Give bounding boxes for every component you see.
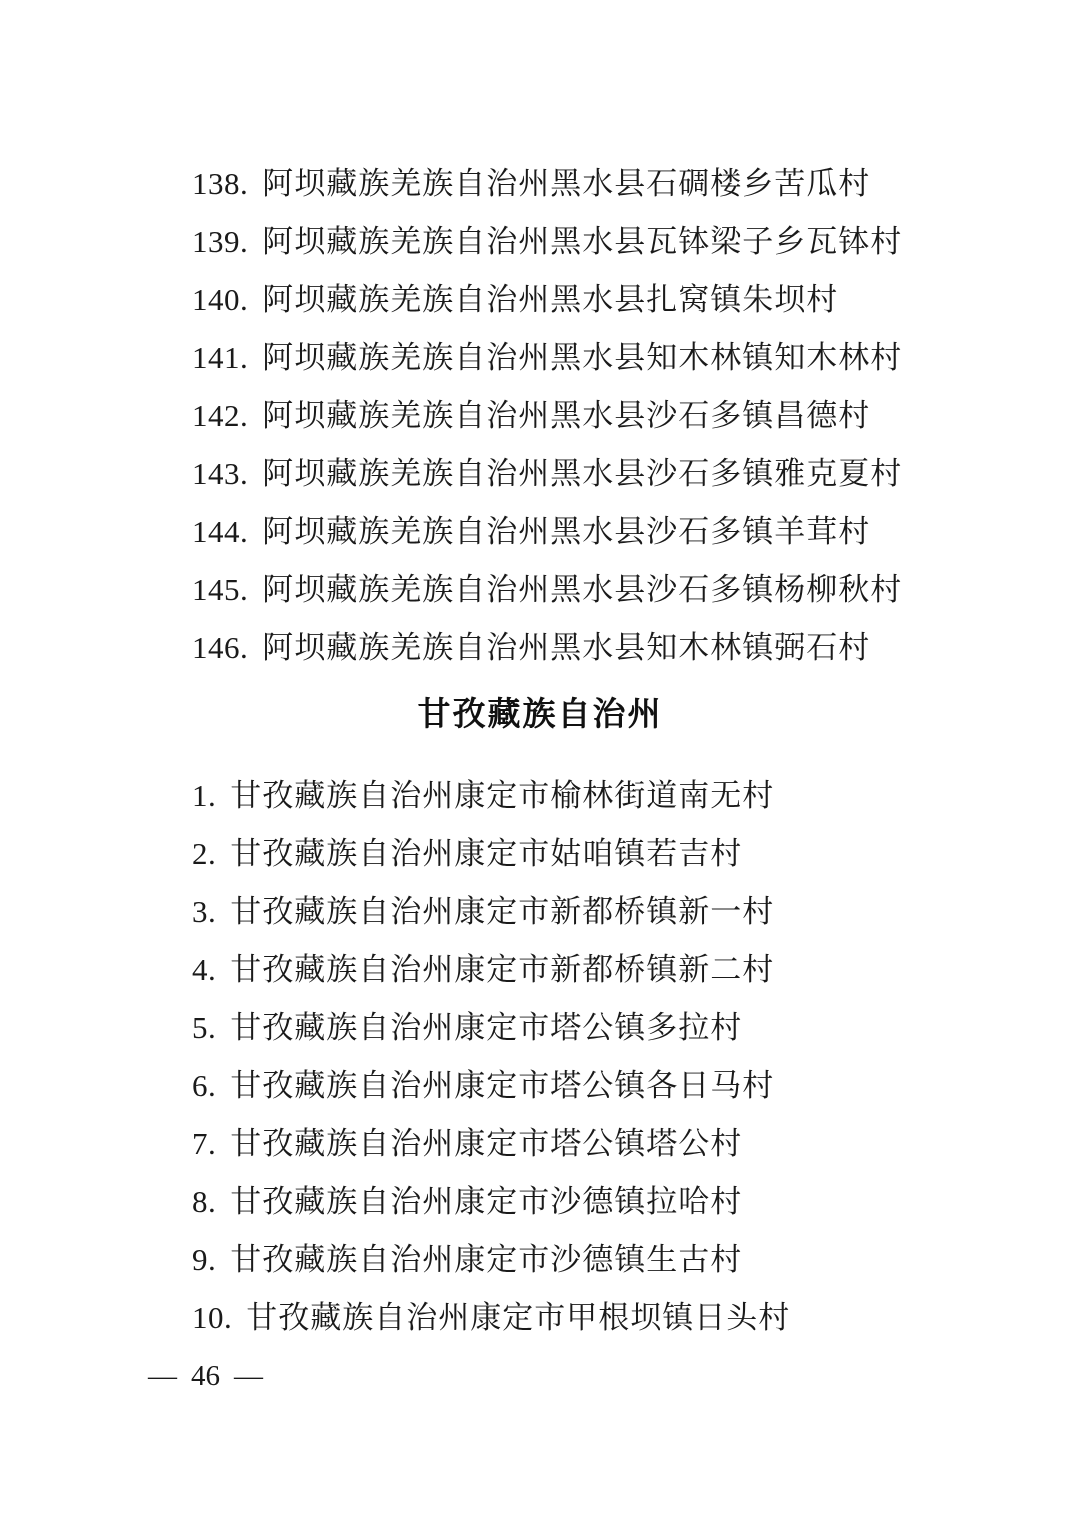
item-number: 7. (192, 1128, 216, 1160)
list-item: 7. 甘孜藏族自治州康定市塔公镇塔公村 (192, 1128, 960, 1160)
section-title-ganzi: 甘孜藏族自治州 (0, 694, 1080, 734)
list-item: 6. 甘孜藏族自治州康定市塔公镇各日马村 (192, 1070, 960, 1102)
item-number: 10. (192, 1302, 232, 1334)
list-item: 138. 阿坝藏族羌族自治州黑水县石碉楼乡苦瓜村 (192, 168, 960, 200)
item-text: 阿坝藏族羌族自治州黑水县知木林镇弼石村 (262, 632, 870, 664)
item-number: 143. (192, 458, 248, 490)
footer-left-dash: — (148, 1360, 177, 1392)
document-content: 138. 阿坝藏族羌族自治州黑水县石碉楼乡苦瓜村 139. 阿坝藏族羌族自治州黑… (0, 0, 1080, 1334)
village-list-aba: 138. 阿坝藏族羌族自治州黑水县石碉楼乡苦瓜村 139. 阿坝藏族羌族自治州黑… (0, 168, 1080, 664)
list-item: 9. 甘孜藏族自治州康定市沙德镇生古村 (192, 1244, 960, 1276)
list-item: 141. 阿坝藏族羌族自治州黑水县知木林镇知木林村 (192, 342, 960, 374)
village-list-ganzi: 1. 甘孜藏族自治州康定市榆林街道南无村 2. 甘孜藏族自治州康定市姑咱镇若吉村… (0, 780, 1080, 1334)
item-number: 146. (192, 632, 248, 664)
item-text: 阿坝藏族羌族自治州黑水县沙石多镇羊茸村 (262, 516, 870, 548)
list-item: 144. 阿坝藏族羌族自治州黑水县沙石多镇羊茸村 (192, 516, 960, 548)
item-text: 甘孜藏族自治州康定市沙德镇生古村 (230, 1244, 742, 1276)
item-text: 甘孜藏族自治州康定市新都桥镇新一村 (230, 896, 774, 928)
list-item: 8. 甘孜藏族自治州康定市沙德镇拉哈村 (192, 1186, 960, 1218)
item-text: 阿坝藏族羌族自治州黑水县沙石多镇昌德村 (262, 400, 870, 432)
item-number: 5. (192, 1012, 216, 1044)
item-text: 甘孜藏族自治州康定市新都桥镇新二村 (230, 954, 774, 986)
item-text: 阿坝藏族羌族自治州黑水县扎窝镇朱坝村 (262, 284, 838, 316)
item-number: 8. (192, 1186, 216, 1218)
page-footer: —46— (148, 1360, 263, 1392)
list-item: 4. 甘孜藏族自治州康定市新都桥镇新二村 (192, 954, 960, 986)
item-text: 甘孜藏族自治州康定市甲根坝镇日头村 (246, 1302, 790, 1334)
item-number: 3. (192, 896, 216, 928)
item-number: 144. (192, 516, 248, 548)
item-number: 6. (192, 1070, 216, 1102)
list-item: 142. 阿坝藏族羌族自治州黑水县沙石多镇昌德村 (192, 400, 960, 432)
item-number: 139. (192, 226, 248, 258)
list-item: 139. 阿坝藏族羌族自治州黑水县瓦钵梁子乡瓦钵村 (192, 226, 960, 258)
item-text: 甘孜藏族自治州康定市塔公镇各日马村 (230, 1070, 774, 1102)
item-text: 阿坝藏族羌族自治州黑水县知木林镇知木林村 (262, 342, 902, 374)
footer-right-dash: — (234, 1360, 263, 1392)
item-number: 141. (192, 342, 248, 374)
item-number: 2. (192, 838, 216, 870)
list-item: 143. 阿坝藏族羌族自治州黑水县沙石多镇雅克夏村 (192, 458, 960, 490)
list-item: 145. 阿坝藏族羌族自治州黑水县沙石多镇杨柳秋村 (192, 574, 960, 606)
item-number: 142. (192, 400, 248, 432)
item-text: 甘孜藏族自治州康定市沙德镇拉哈村 (230, 1186, 742, 1218)
list-item: 1. 甘孜藏族自治州康定市榆林街道南无村 (192, 780, 960, 812)
item-text: 阿坝藏族羌族自治州黑水县沙石多镇杨柳秋村 (262, 574, 902, 606)
list-item: 2. 甘孜藏族自治州康定市姑咱镇若吉村 (192, 838, 960, 870)
page-number: 46 (191, 1360, 220, 1392)
item-text: 甘孜藏族自治州康定市塔公镇塔公村 (230, 1128, 742, 1160)
item-text: 甘孜藏族自治州康定市姑咱镇若吉村 (230, 838, 742, 870)
list-item: 5. 甘孜藏族自治州康定市塔公镇多拉村 (192, 1012, 960, 1044)
document-page: 138. 阿坝藏族羌族自治州黑水县石碉楼乡苦瓜村 139. 阿坝藏族羌族自治州黑… (0, 0, 1080, 1527)
item-text: 阿坝藏族羌族自治州黑水县石碉楼乡苦瓜村 (262, 168, 870, 200)
item-number: 140. (192, 284, 248, 316)
list-item: 3. 甘孜藏族自治州康定市新都桥镇新一村 (192, 896, 960, 928)
list-item: 140. 阿坝藏族羌族自治州黑水县扎窝镇朱坝村 (192, 284, 960, 316)
item-text: 阿坝藏族羌族自治州黑水县瓦钵梁子乡瓦钵村 (262, 226, 902, 258)
item-number: 9. (192, 1244, 216, 1276)
item-number: 4. (192, 954, 216, 986)
item-text: 甘孜藏族自治州康定市塔公镇多拉村 (230, 1012, 742, 1044)
list-item: 10. 甘孜藏族自治州康定市甲根坝镇日头村 (192, 1302, 960, 1334)
item-text: 甘孜藏族自治州康定市榆林街道南无村 (230, 780, 774, 812)
item-text: 阿坝藏族羌族自治州黑水县沙石多镇雅克夏村 (262, 458, 902, 490)
item-number: 138. (192, 168, 248, 200)
item-number: 1. (192, 780, 216, 812)
item-number: 145. (192, 574, 248, 606)
list-item: 146. 阿坝藏族羌族自治州黑水县知木林镇弼石村 (192, 632, 960, 664)
